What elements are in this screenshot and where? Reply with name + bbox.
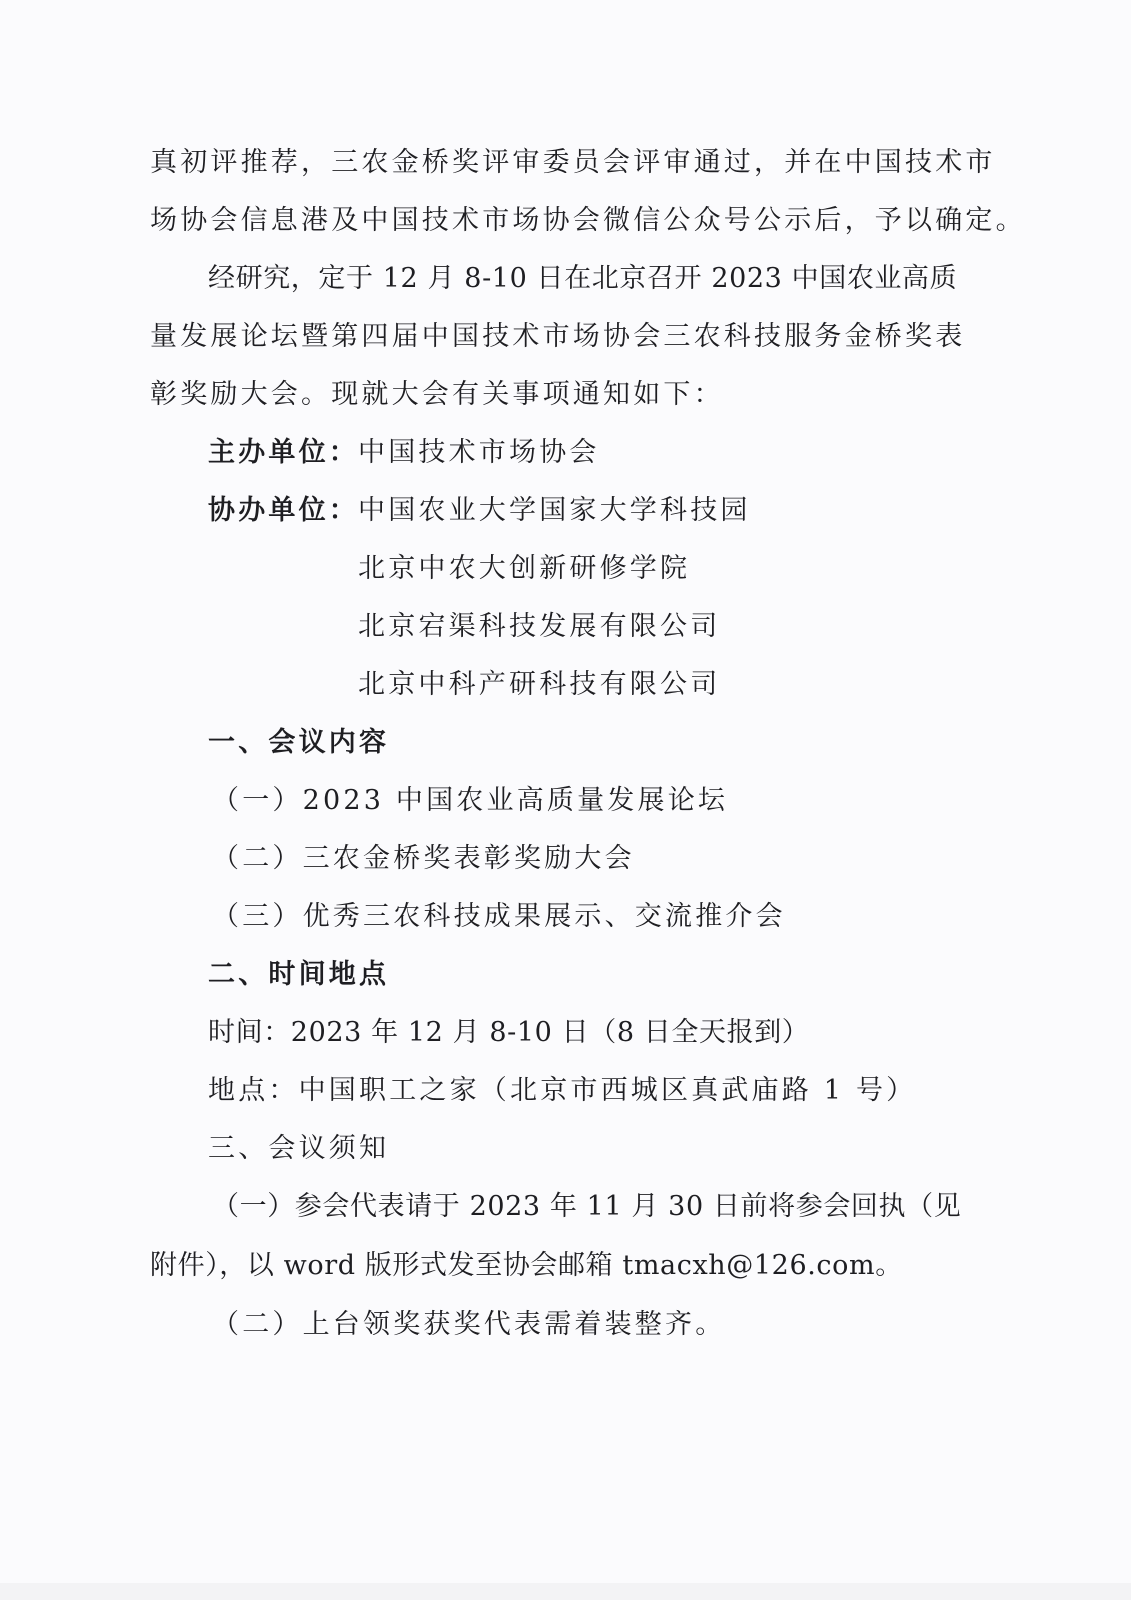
- announcement-line-3: 彰奖励大会。现就大会有关事项通知如下：: [150, 378, 724, 412]
- co-organizer-item: 中国农业大学国家大学科技园: [358, 494, 751, 528]
- section-3-item-2: （二）上台领奖获奖代表需着装整齐。: [212, 1308, 725, 1342]
- section-3-item-1-line-1: （一）参会代表请于 2023 年 11 月 30 日前将参会回执（见: [212, 1190, 961, 1224]
- section-3-item-1-line-2: 附件），以 word 版形式发至协会邮箱 tmacxh@126.com。: [150, 1249, 903, 1283]
- document-page: 真初评推荐，三农金桥奖评审委员会评审通过，并在中国技术市 场协会信息港及中国技术…: [0, 0, 1131, 1583]
- section-3-heading: 三、会议须知: [208, 1132, 389, 1166]
- paragraph-continuation-line-1: 真初评推荐，三农金桥奖评审委员会评审通过，并在中国技术市: [150, 146, 996, 180]
- co-organizer-label: 协办单位：: [208, 494, 359, 528]
- host-organizer: 中国技术市场协会: [358, 436, 600, 470]
- meeting-time: 时间：2023 年 12 月 8-10 日（8 日全天报到）: [208, 1016, 809, 1050]
- section-2-heading: 二、时间地点: [208, 958, 389, 992]
- co-organizer-item: 北京中科产研科技有限公司: [358, 668, 720, 702]
- host-label: 主办单位：: [208, 436, 359, 470]
- section-1-item: （三）优秀三农科技成果展示、交流推介会: [212, 900, 786, 934]
- meeting-place: 地点：中国职工之家（北京市西城区真武庙路 1 号）: [208, 1074, 916, 1108]
- co-organizer-item: 北京中农大创新研修学院: [358, 552, 690, 586]
- co-organizer-item: 北京宕渠科技发展有限公司: [358, 610, 720, 644]
- announcement-line-2: 量发展论坛暨第四届中国技术市场协会三农科技服务金桥奖表: [150, 320, 965, 354]
- section-1-item: （二）三农金桥奖表彰奖励大会: [212, 842, 635, 876]
- paragraph-continuation-line-2: 场协会信息港及中国技术市场协会微信公众号公示后，予以确定。: [150, 204, 1026, 238]
- section-1-item: （一）2023 中国农业高质量发展论坛: [212, 784, 728, 818]
- section-1-heading: 一、会议内容: [208, 726, 389, 760]
- announcement-line-1: 经研究，定于 12 月 8-10 日在北京召开 2023 中国农业高质: [208, 262, 957, 296]
